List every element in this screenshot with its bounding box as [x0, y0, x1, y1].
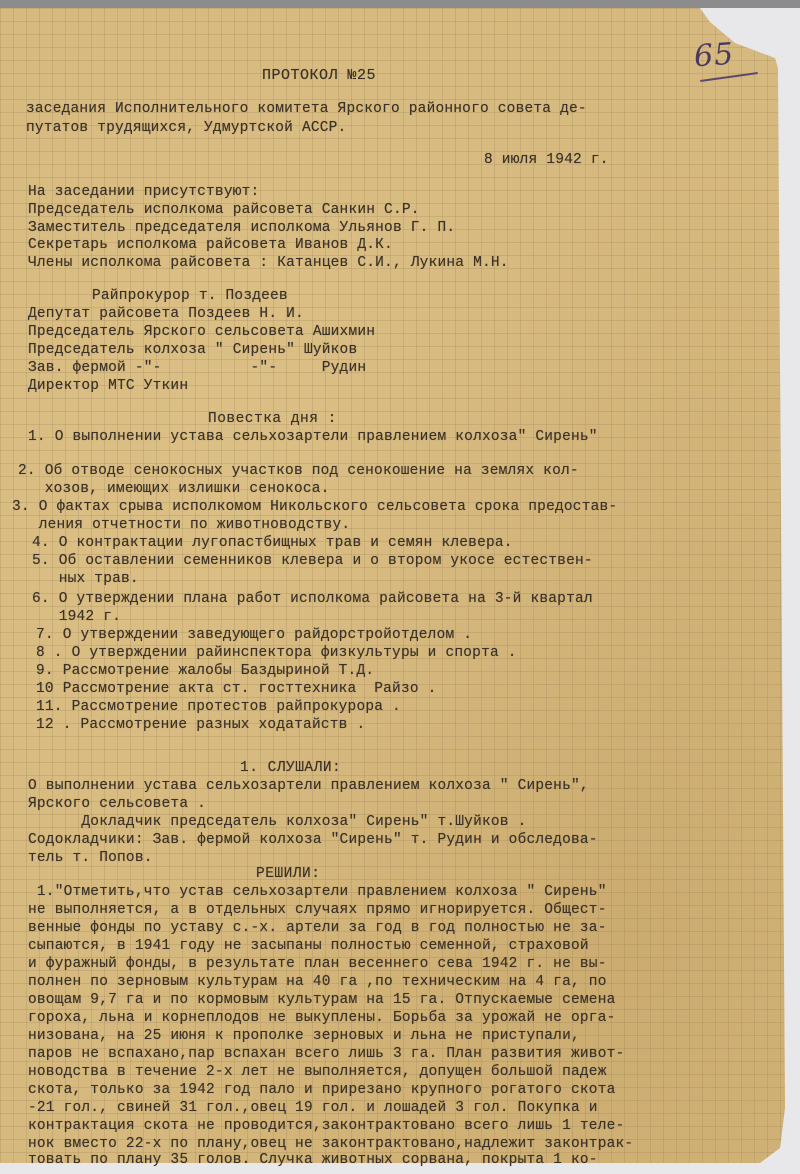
invited: Райпрокурор т. Поздеев: [92, 288, 288, 304]
section-heading-decided: РЕШИЛИ:: [256, 866, 320, 882]
resolution-line: венные фонды по уставу с.-х. артели за г…: [28, 920, 607, 936]
resolution-line: товать по плану 35 голов. Случка животны…: [28, 1152, 598, 1168]
invited: Директор МТС Уткин: [28, 378, 188, 394]
agenda-item: 7. О утверждении заведующего райдорстрой…: [36, 627, 472, 643]
section-line: О выполнении устава сельхозартели правле…: [28, 778, 589, 794]
agenda-item: хозов, имеющих излишки сенокоса.: [18, 481, 330, 497]
attendees-header: На заседании присутствуют:: [28, 184, 259, 200]
document-date: 8 июля 1942 г.: [484, 152, 609, 168]
resolution-line: контрактация скота не проводится,законтр…: [28, 1118, 624, 1134]
agenda-item: 1. О выполнении устава сельхозартели пра…: [28, 429, 598, 445]
section-line: Ярского сельсовета .: [28, 796, 206, 812]
subtitle-line-1: заседания Исполнительного комитета Ярско…: [26, 101, 587, 117]
invited: Зав. фермой -"- -"- Рудин: [28, 360, 366, 376]
agenda-item: 10 Рассмотрение акта ст. госттехника Рай…: [36, 681, 437, 697]
scan-top-edge: [0, 0, 800, 8]
document-title: ПРОТОКОЛ №25: [262, 68, 376, 84]
resolution-line: низована, на 25 июня к прополке зерновых…: [28, 1028, 580, 1044]
section-heading-heard: 1. СЛУШАЛИ:: [240, 760, 341, 776]
attendee: Заместитель председателя исполкома Ульян…: [28, 220, 455, 236]
invited: Председатель колхоза " Сирень" Шуйков: [28, 342, 357, 358]
resolution-line: -21 гол., свиней 31 гол.,овец 19 гол. и …: [28, 1100, 598, 1116]
attendee: Члены исполкома райсовета : Катанцев С.И…: [28, 255, 509, 271]
agenda-item: 8 . О утверждении райинспектора физкульт…: [36, 645, 517, 661]
resolution-line: скота, только за 1942 год пало и приреза…: [28, 1082, 616, 1098]
agenda-item: 2. Об отводе сенокосных участков под сен…: [18, 463, 579, 479]
agenda-item: ных трав.: [32, 571, 139, 587]
resolution-line: гороха, льна и корнеплодов не выкуплены.…: [28, 1010, 616, 1026]
resolution-line: сыпаются, в 1941 году не засыпаны полнос…: [28, 938, 589, 954]
agenda-item: 11. Рассмотрение протестов райпрокурора …: [36, 699, 401, 715]
resolution-line: и фуражный фонды, в результате план весе…: [28, 956, 607, 972]
invited: Председатель Ярского сельсовета Ашихмин: [28, 324, 375, 340]
agenda-item: 3. О фактах срыва исполкомом Никольского…: [12, 499, 617, 515]
resolution-line: нок вместо 22-х по плану,овец не законтр…: [28, 1136, 633, 1152]
handwritten-page-number: 65: [693, 37, 736, 75]
section-line: тель т. Попов.: [28, 850, 153, 866]
section-line: Содокладчики: Зав. фермой колхоза "Сирен…: [28, 832, 598, 848]
subtitle-line-2: путатов трудящихся, Удмуртской АССР.: [26, 120, 346, 136]
agenda-item: 5. Об оставлении семенников клевера и о …: [32, 553, 593, 569]
resolution-line: 1."Отметить,что устав сельхозартели прав…: [28, 884, 607, 900]
agenda-item: 9. Рассмотрение жалобы Баздыриной Т.Д.: [36, 663, 374, 679]
resolution-line: не выполняется, а в отдельных случаях пр…: [28, 902, 607, 918]
invited: Депутат райсовета Поздеев Н. И.: [28, 306, 304, 322]
agenda-item: ления отчетности по животноводству.: [12, 517, 350, 533]
agenda-item: 6. О утверждении плана работ исполкома р…: [32, 591, 593, 607]
resolution-line: новодства в течение 2-х лет не выполняет…: [28, 1064, 607, 1080]
agenda-header: Повестка дня :: [208, 411, 337, 427]
attendee: Председатель исполкома райсовета Санкин …: [28, 202, 420, 218]
agenda-item: 1942 г.: [32, 609, 121, 625]
attendee: Секретарь исполкома райсовета Иванов Д.К…: [28, 237, 393, 253]
section-line: Докладчик председатель колхоза" Сирень" …: [28, 814, 526, 830]
resolution-line: овощам 9,7 га и по кормовым культурам на…: [28, 992, 616, 1008]
resolution-line: паров не вспахано,пар вспахан всего лишь…: [28, 1046, 624, 1062]
resolution-line: полнен по зерновым культурам на 40 га ,п…: [28, 974, 607, 990]
agenda-item: 12 . Рассмотрение разных ходатайств .: [36, 717, 365, 733]
agenda-item: 4. О контрактации лугопастбищных трав и …: [32, 535, 513, 551]
